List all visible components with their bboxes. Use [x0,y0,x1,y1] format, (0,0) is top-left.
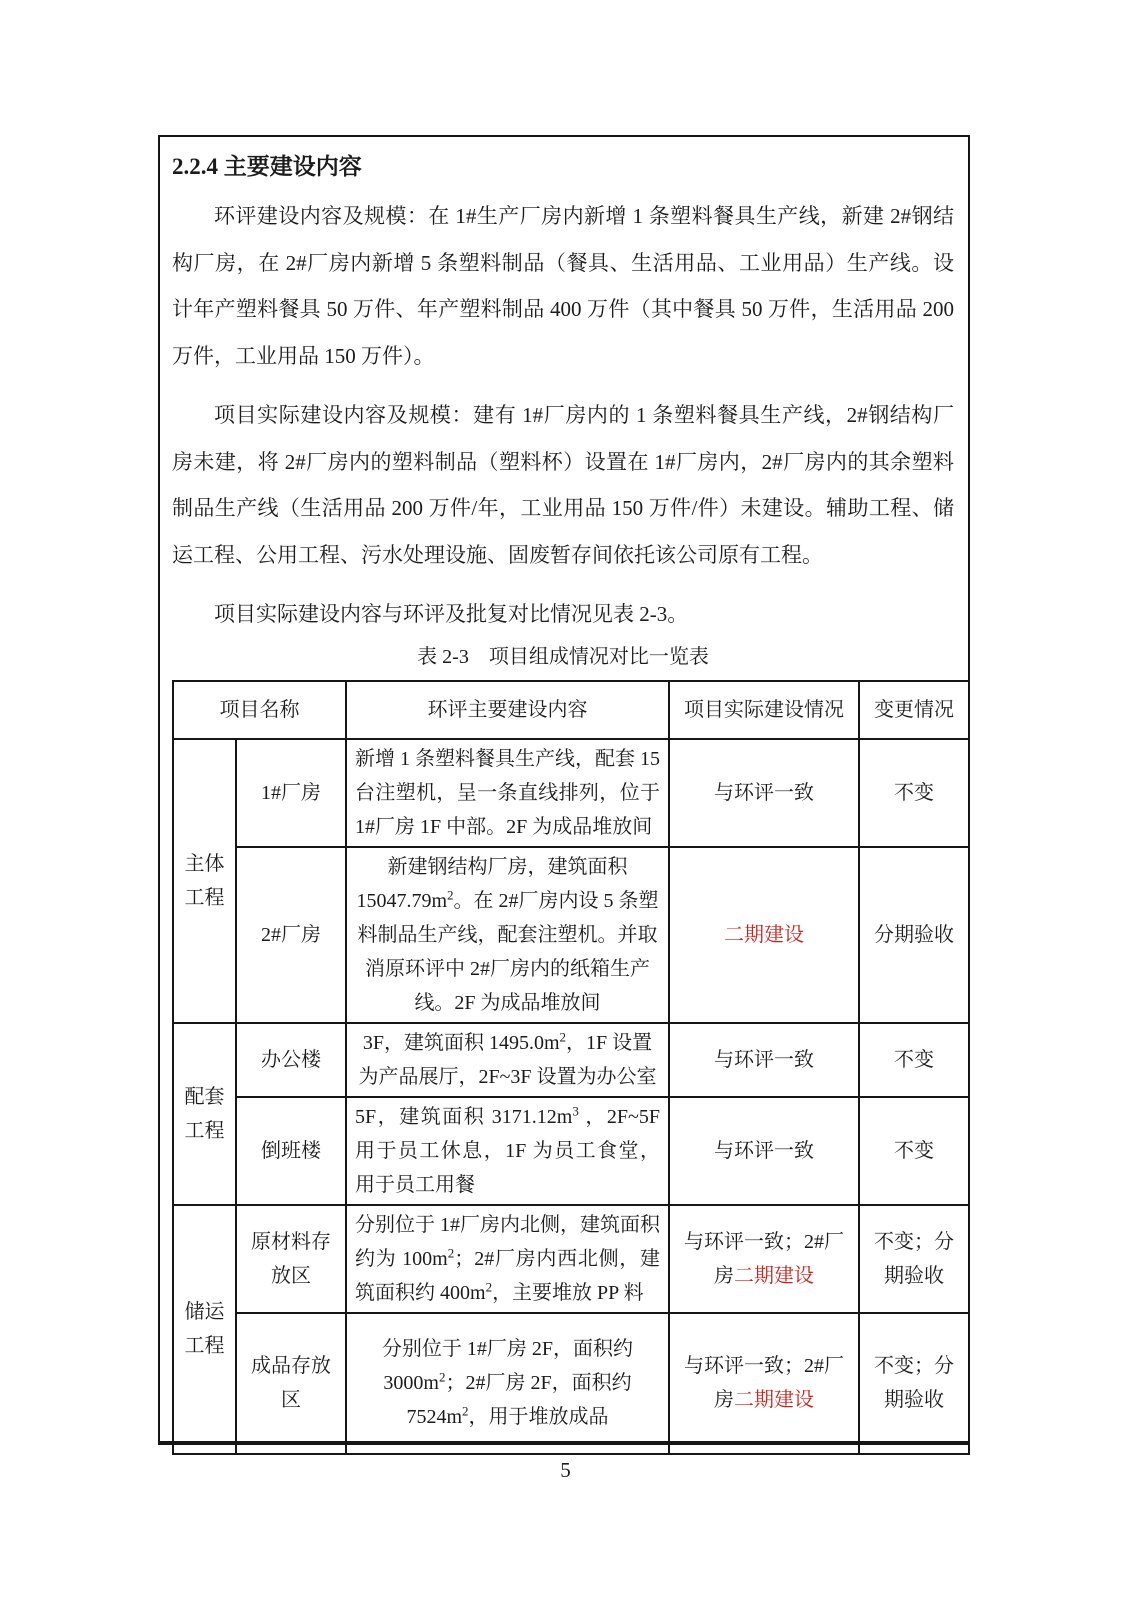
content-frame: 2.2.4 主要建设内容 环评建设内容及规模：在 1#生产厂房内新增 1 条塑料… [158,135,970,1445]
actual-cell: 与环评一致 [669,1023,859,1097]
name-cell: 成品存放区 [236,1313,346,1454]
paragraph-actual-scale: 项目实际建设内容及规模：建有 1#厂房内的 1 条塑料餐具生产线，2#钢结构厂房… [172,392,954,578]
paragraph-eia-scale: 环评建设内容及规模：在 1#生产厂房内新增 1 条塑料餐具生产线，新建 2#钢结… [172,193,954,379]
comparison-table: 项目名称 环评主要建设内容 项目实际建设情况 变更情况 主体工程 1#厂房 新增… [172,680,970,1455]
table-row: 储运工程 原材料存放区 分别位于 1#厂房内北侧，建筑面积约为 100m2；2#… [173,1205,969,1313]
actual-cell: 与环评一致 [669,1097,859,1205]
group-cell-main-works: 主体工程 [173,739,236,1023]
change-cell: 分期验收 [859,847,969,1023]
group-cell-storage-works: 储运工程 [173,1205,236,1454]
name-cell: 1#厂房 [236,739,346,847]
content-cell: 新增 1 条塑料餐具生产线，配套 15 台注塑机，呈一条直线排列，位于 1#厂房… [346,739,669,847]
name-cell: 2#厂房 [236,847,346,1023]
actual-cell: 与环评一致；2#厂房二期建设 [669,1205,859,1313]
section-title: 2.2.4 主要建设内容 [172,151,954,183]
table-row: 配套工程 办公楼 3F，建筑面积 1495.0m2，1F 设置为产品展厅，2F~… [173,1023,969,1097]
table-header-row: 项目名称 环评主要建设内容 项目实际建设情况 变更情况 [173,681,969,739]
content-cell: 分别位于 1#厂房 2F，面积约 3000m2；2#厂房 2F，面积约 7524… [346,1313,669,1454]
content-cell: 3F，建筑面积 1495.0m2，1F 设置为产品展厅，2F~3F 设置为办公室 [346,1023,669,1097]
change-cell: 不变 [859,1023,969,1097]
change-cell: 不变 [859,1097,969,1205]
group-cell-support-works: 配套工程 [173,1023,236,1205]
table-row: 主体工程 1#厂房 新增 1 条塑料餐具生产线，配套 15 台注塑机，呈一条直线… [173,739,969,847]
paragraph-table-ref: 项目实际建设内容与环评及批复对比情况见表 2-3。 [172,591,954,638]
change-cell: 不变 [859,739,969,847]
table-row: 成品存放区 分别位于 1#厂房 2F，面积约 3000m2；2#厂房 2F，面积… [173,1313,969,1454]
col-header-actual-status: 项目实际建设情况 [669,681,859,739]
col-header-change-status: 变更情况 [859,681,969,739]
content-cell: 新建钢结构厂房，建筑面积 15047.79m2。在 2#厂房内设 5 条塑料制品… [346,847,669,1023]
content-cell: 5F，建筑面积 3171.12m3 ，2F~5F 用于员工休息，1F 为员工食堂… [346,1097,669,1205]
name-cell: 原材料存放区 [236,1205,346,1313]
col-header-eia-content: 环评主要建设内容 [346,681,669,739]
table-caption: 表 2-3 项目组成情况对比一览表 [172,642,954,672]
change-cell: 不变；分期验收 [859,1205,969,1313]
page-number: 5 [0,1458,1131,1483]
table-row: 倒班楼 5F，建筑面积 3171.12m3 ，2F~5F 用于员工休息，1F 为… [173,1097,969,1205]
name-cell: 倒班楼 [236,1097,346,1205]
actual-cell: 二期建设 [669,847,859,1023]
change-cell: 不变；分期验收 [859,1313,969,1454]
actual-cell: 与环评一致 [669,739,859,847]
table-row: 2#厂房 新建钢结构厂房，建筑面积 15047.79m2。在 2#厂房内设 5 … [173,847,969,1023]
document-page: 2.2.4 主要建设内容 环评建设内容及规模：在 1#生产厂房内新增 1 条塑料… [0,0,1131,1600]
content-cell: 分别位于 1#厂房内北侧，建筑面积约为 100m2；2#厂房内西北侧，建筑面积约… [346,1205,669,1313]
col-header-project-name: 项目名称 [173,681,346,739]
name-cell: 办公楼 [236,1023,346,1097]
actual-cell: 与环评一致；2#厂房二期建设 [669,1313,859,1454]
